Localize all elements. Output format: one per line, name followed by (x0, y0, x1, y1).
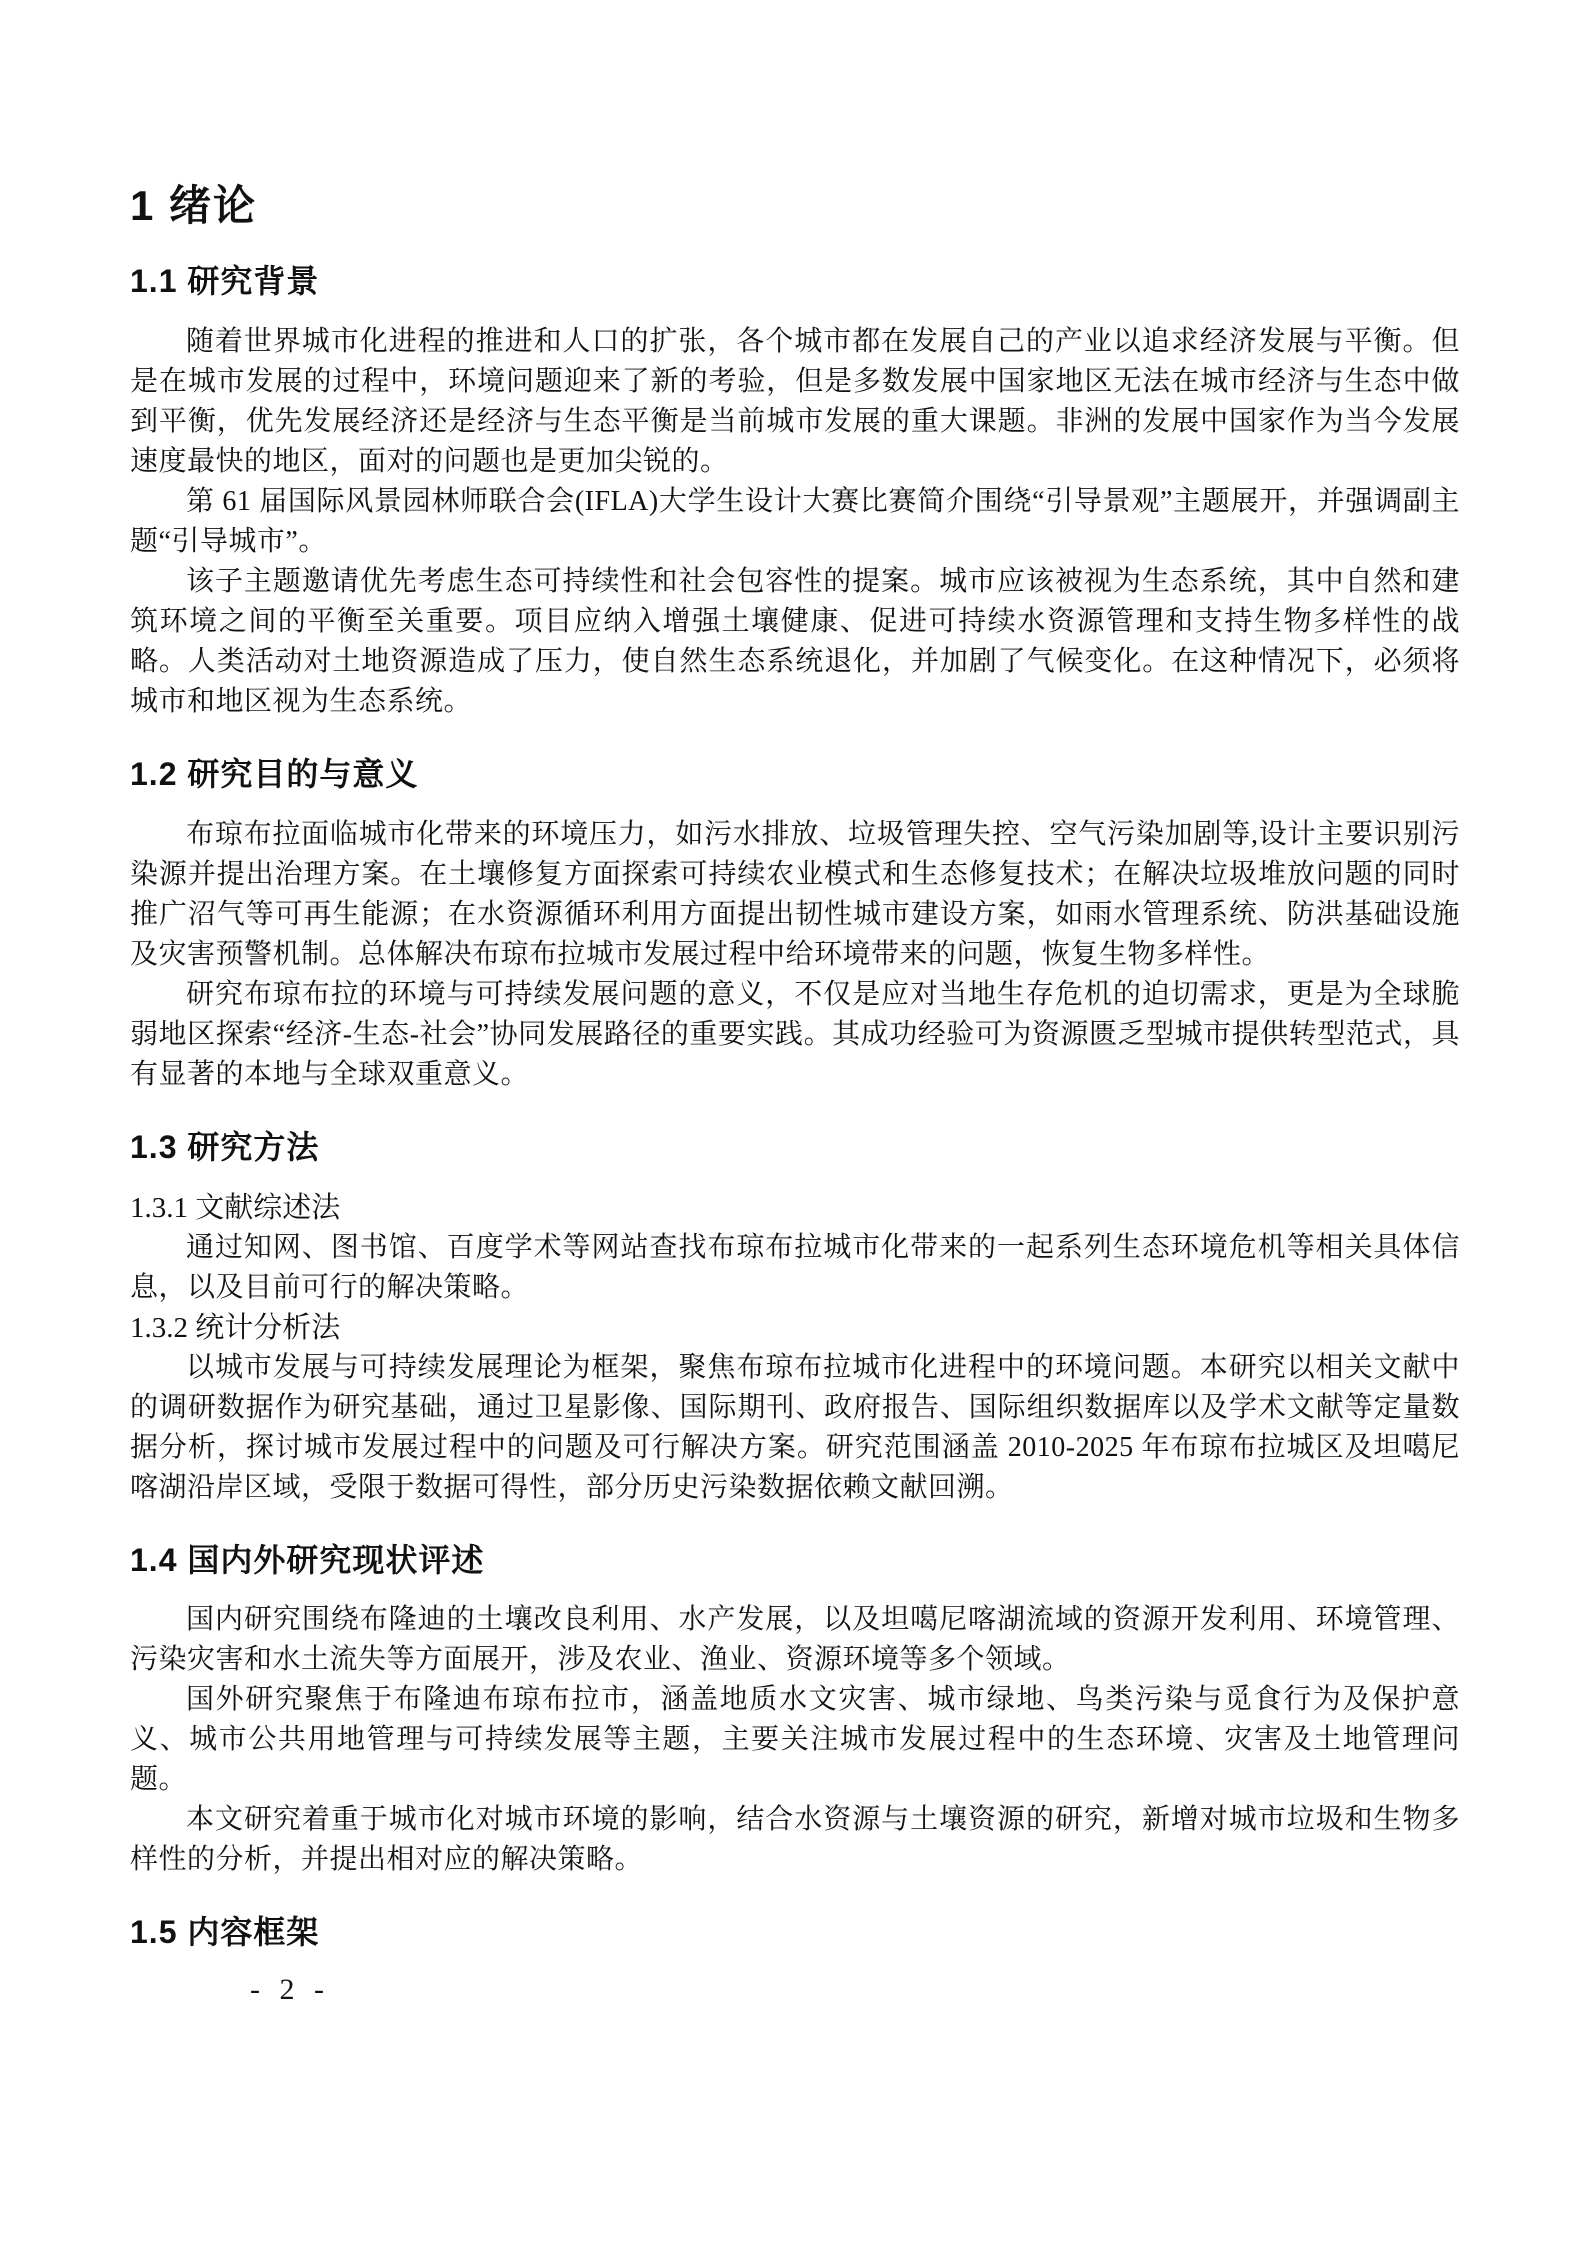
paragraph-1-3-2: 以城市发展与可持续发展理论为框架，聚焦布琼布拉城市化进程中的环境问题。本研究以相… (130, 1348, 1460, 1508)
paragraph-1-1-b: 第 61 届国际风景园林师联合会(IFLA)大学生设计大赛比赛简介围绕“引导景观… (130, 482, 1460, 562)
paragraph-1-1-a: 随着世界城市化进程的推进和人口的扩张，各个城市都在发展自己的产业以追求经济发展与… (130, 322, 1460, 482)
paragraph-1-3-1: 通过知网、图书馆、百度学术等网站查找布琼布拉城市化带来的一起系列生态环境危机等相… (130, 1228, 1460, 1308)
section-heading-1-1: 1.1 研究背景 (130, 263, 1460, 300)
page-number: - 2 - (250, 1973, 1460, 2007)
paragraph-1-4-b: 国外研究聚焦于布隆迪布琼布拉市，涵盖地质水文灾害、城市绿地、鸟类污染与觅食行为及… (130, 1680, 1460, 1800)
section-heading-1-4: 1.4 国内外研究现状评述 (130, 1542, 1460, 1579)
section-heading-1-5: 1.5 内容框架 (130, 1914, 1460, 1951)
paragraph-1-2-a: 布琼布拉面临城市化带来的环境压力，如污水排放、垃圾管理失控、空气污染加剧等,设计… (130, 815, 1460, 975)
section-heading-1-3: 1.3 研究方法 (130, 1129, 1460, 1166)
chapter-title: 1 绪论 (130, 183, 1460, 229)
paragraph-1-4-c: 本文研究着重于城市化对城市环境的影响，结合水资源与土壤资源的研究，新增对城市垃圾… (130, 1800, 1460, 1880)
paragraph-1-2-b: 研究布琼布拉的环境与可持续发展问题的意义，不仅是应对当地生存危机的迫切需求，更是… (130, 975, 1460, 1095)
section-heading-1-2: 1.2 研究目的与意义 (130, 756, 1460, 793)
document-page: 1 绪论 1.1 研究背景 随着世界城市化进程的推进和人口的扩张，各个城市都在发… (0, 0, 1586, 2245)
subsection-heading-1-3-1: 1.3.1 文献综述法 (130, 1188, 1460, 1228)
paragraph-1-4-a: 国内研究围绕布隆迪的土壤改良利用、水产发展，以及坦噶尼喀湖流域的资源开发利用、环… (130, 1600, 1460, 1680)
paragraph-1-1-c: 该子主题邀请优先考虑生态可持续性和社会包容性的提案。城市应该被视为生态系统，其中… (130, 562, 1460, 722)
subsection-heading-1-3-2: 1.3.2 统计分析法 (130, 1308, 1460, 1348)
